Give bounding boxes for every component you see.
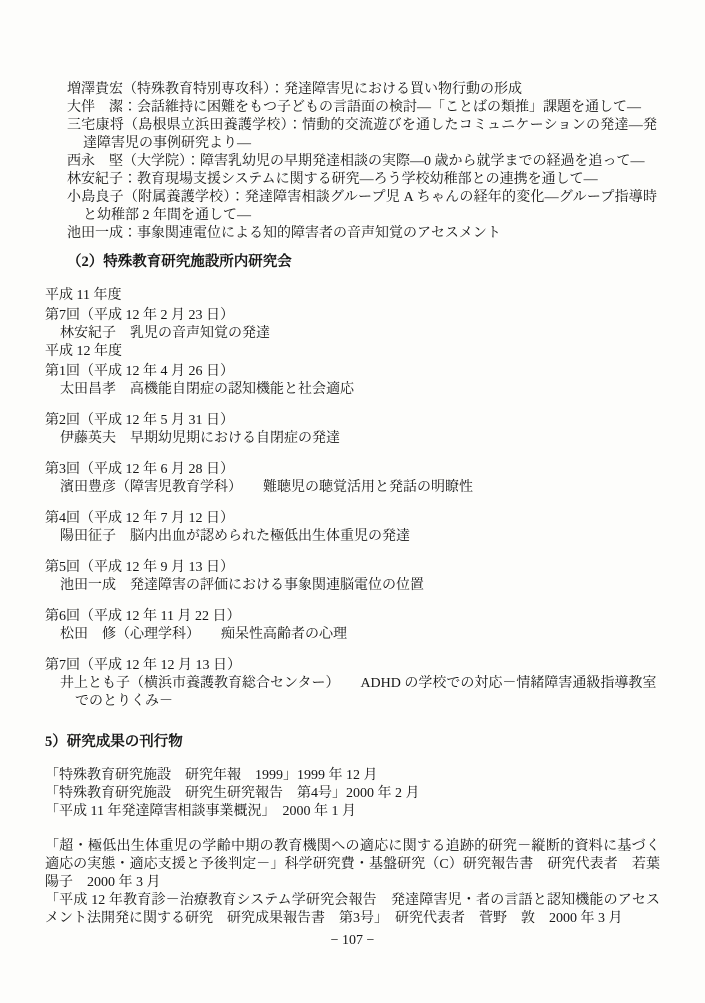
- meeting-entry: 第2回（平成 12 年 5 月 31 日） 伊藤英夫 早期幼児期における自閉症の…: [45, 412, 660, 448]
- list-item: 西永 堅（大学院）：障害乳幼児の早期発達相談の実際―0 歳から就学までの経過を追…: [67, 153, 657, 171]
- publication-item: 「平成 11 年発達障害相談事業概況」 2000 年 1 月: [45, 803, 660, 821]
- presentation-title: 池田一成 発達障害の評価における事象関連脳電位の位置: [45, 577, 660, 595]
- session-date: 第6回（平成 12 年 11 月 22 日）: [45, 608, 660, 626]
- list-item: 三宅康将（島根県立浜田養護学校）：情動的交流遊びを通したコミュニケーションの発達…: [67, 117, 657, 153]
- session-date: 第2回（平成 12 年 5 月 31 日）: [45, 412, 660, 430]
- meeting-entry: 第7回（平成 12 年 2 月 23 日） 林安紀子 乳児の音声知覚の発達: [45, 307, 660, 343]
- publication-item: 「特殊教育研究施設 研究生研究報告 第4号」2000 年 2 月: [45, 785, 660, 803]
- session-date: 第1回（平成 12 年 4 月 26 日）: [45, 363, 660, 381]
- session-date: 第4回（平成 12 年 7 月 12 日）: [45, 510, 660, 528]
- list-item: 小島良子（附属養護学校）：発達障害相談グループ児 A ちゃんの経年的変化―グルー…: [67, 189, 657, 225]
- presentation-title: 井上とも子（横浜市養護教育総合センター） ADHD の学校での対応－情緒障害通級…: [45, 675, 660, 711]
- list-item: 増澤貴宏（特殊教育特別専攻科）：発達障害児における買い物行動の形成: [67, 81, 657, 99]
- publication-item: 「特殊教育研究施設 研究年報 1999」1999 年 12 月: [45, 767, 660, 785]
- session-date: 第3回（平成 12 年 6 月 28 日）: [45, 461, 660, 479]
- meeting-entry: 第1回（平成 12 年 4 月 26 日） 太田昌孝 高機能自閉症の認知機能と社…: [45, 363, 660, 399]
- year-group-heisei-11: 平成 11 年度 第7回（平成 12 年 2 月 23 日） 林安紀子 乳児の音…: [45, 287, 660, 343]
- list-item: 林安紀子：教育現場支援システムに関する研究―ろう学校幼稚部との連携を通して―: [67, 171, 657, 189]
- fiscal-year-label: 平成 11 年度: [45, 287, 660, 305]
- report-item: 「平成 12 年教育診－治療教育システム学研究会報告 発達障害児・者の言語と認知…: [45, 892, 660, 928]
- session-date: 第7回（平成 12 年 2 月 23 日）: [45, 307, 660, 325]
- year-group-heisei-12: 平成 12 年度 第1回（平成 12 年 4 月 26 日） 太田昌孝 高機能自…: [45, 343, 660, 711]
- section-heading-internal-research-meetings: （2）特殊教育研究施設所内研究会: [67, 253, 657, 271]
- document-page: 増澤貴宏（特殊教育特別専攻科）：発達障害児における買い物行動の形成 大伴 潔：会…: [0, 0, 705, 1003]
- presentation-title: 伊藤英夫 早期幼児期における自閉症の発達: [45, 430, 660, 448]
- meeting-entry: 第6回（平成 12 年 11 月 22 日） 松田 修（心理学科） 痴呆性高齢者…: [45, 608, 660, 644]
- meeting-entry: 第4回（平成 12 年 7 月 12 日） 陽田征子 脳内出血が認められた極低出…: [45, 510, 660, 546]
- list-item: 池田一成：事象関連電位による知的障害者の音声知覚のアセスメント: [67, 225, 657, 243]
- researcher-topic-list: 増澤貴宏（特殊教育特別専攻科）：発達障害児における買い物行動の形成 大伴 潔：会…: [67, 81, 657, 243]
- section-heading-publications: 5）研究成果の刊行物: [45, 733, 660, 751]
- presentation-title: 濱田豊彦（障害児教育学科） 難聴児の聴覚活用と発話の明瞭性: [45, 479, 660, 497]
- presentation-title: 陽田征子 脳内出血が認められた極低出生体重児の発達: [45, 528, 660, 546]
- presentation-title: 太田昌孝 高機能自閉症の認知機能と社会適応: [45, 381, 660, 399]
- session-date: 第5回（平成 12 年 9 月 13 日）: [45, 559, 660, 577]
- report-paragraphs: 「超・極低出生体重児の学齢中期の教育機関への適応に関する追跡的研究－縦断的資料に…: [45, 838, 660, 928]
- meeting-entry: 第7回（平成 12 年 12 月 13 日） 井上とも子（横浜市養護教育総合セン…: [45, 657, 660, 711]
- meeting-entry: 第5回（平成 12 年 9 月 13 日） 池田一成 発達障害の評価における事象…: [45, 559, 660, 595]
- meeting-list: 平成 11 年度 第7回（平成 12 年 2 月 23 日） 林安紀子 乳児の音…: [45, 287, 660, 711]
- page-number: − 107 −: [0, 932, 705, 950]
- list-item: 大伴 潔：会話維持に困難をもつ子どもの言語面の検討―「ことばの類推」課題を通して…: [67, 99, 657, 117]
- presentation-title: 松田 修（心理学科） 痴呆性高齢者の心理: [45, 626, 660, 644]
- presentation-title: 林安紀子 乳児の音声知覚の発達: [45, 325, 660, 343]
- meeting-entry: 第3回（平成 12 年 6 月 28 日） 濱田豊彦（障害児教育学科） 難聴児の…: [45, 461, 660, 497]
- session-date: 第7回（平成 12 年 12 月 13 日）: [45, 657, 660, 675]
- report-item: 「超・極低出生体重児の学齢中期の教育機関への適応に関する追跡的研究－縦断的資料に…: [45, 838, 660, 892]
- fiscal-year-label: 平成 12 年度: [45, 343, 660, 361]
- publication-list: 「特殊教育研究施設 研究年報 1999」1999 年 12 月 「特殊教育研究施…: [45, 767, 660, 821]
